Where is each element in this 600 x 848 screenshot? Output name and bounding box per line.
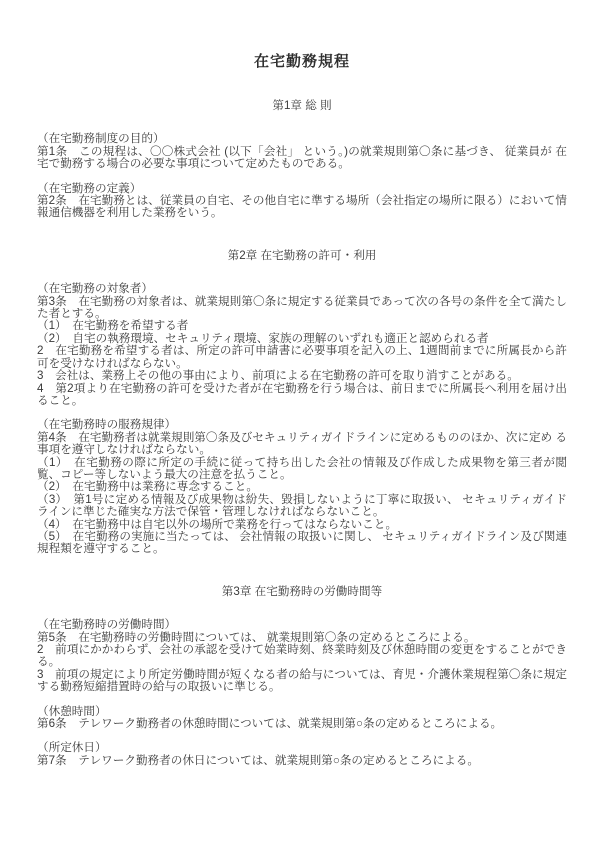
article-1-caption: （在宅勤務制度の目的）: [37, 133, 567, 145]
article-3-caption: （在宅勤務の対象者）: [37, 283, 567, 295]
article-4-text: 第4条 在宅勤務者は就業規則第〇条及びセキュリティガイドラインに定めるもののほか…: [37, 432, 567, 457]
article-2-block: （在宅勤務の定義） 第2条 在宅勤務とは、従業員の自宅、その他自宅に準する場所（…: [37, 183, 567, 220]
document-page: 在宅勤務規程 第1章 総 則 （在宅勤務制度の目的） 第1条 この規程は、〇〇株…: [0, 0, 600, 848]
chapter-2: 第2章 在宅勤務の許可・利用 （在宅勤務の対象者） 第3条 在宅勤務の対象者は、…: [37, 250, 567, 556]
article-3-item-1: （1） 在宅勤務を希望する者: [37, 320, 567, 332]
article-6-block: （休憩時間） 第6条 テレワーク勤務者の休憩時間については、就業規則第○条の定め…: [37, 706, 567, 731]
article-4-item-1: （1） 在宅勤務の際に所定の手続に従って持ち出した会社の情報及び作成した成果物を…: [37, 457, 567, 482]
article-7-block: （所定休日） 第7条 テレワーク勤務者の休日については、就業規則第○条の定めると…: [37, 742, 567, 767]
chapter-1-heading: 第1章 総 則: [37, 100, 567, 112]
article-3-para-3: 3 会社は、業務上その他の事由により、前項による在宅勤務の許可を取り消すことがあ…: [37, 370, 567, 382]
article-3-para-4: 4 第2項より在宅勤務の許可を受けた者が在宅勤務を行う場合は、前日までに所属長へ…: [37, 383, 567, 408]
article-4-caption: （在宅勤務時の服務規律）: [37, 419, 567, 431]
chapter-1: 第1章 総 則 （在宅勤務制度の目的） 第1条 この規程は、〇〇株式会社 (以下…: [37, 100, 567, 220]
article-4-item-3: （3） 第1号に定める情報及び成果物は紛失、毀損しないように丁寧に取扱い、 セキ…: [37, 494, 567, 519]
chapter-3-heading: 第3章 在宅勤務時の労働時間等: [37, 586, 567, 598]
article-1-block: （在宅勤務制度の目的） 第1条 この規程は、〇〇株式会社 (以下「会社」 という…: [37, 133, 567, 170]
article-4-item-5: （5） 在宅勤務の実施に当たっては、 会社情報の取扱いに関し、 セキュリティガイ…: [37, 531, 567, 556]
chapter-2-heading: 第2章 在宅勤務の許可・利用: [37, 250, 567, 262]
article-5-caption: （在宅勤務時の労働時間）: [37, 619, 567, 631]
article-5-para-3: 3 前項の規定により所定労働時間が短くなる者の給与については、育児・介護休業規程…: [37, 669, 567, 694]
article-4-block: （在宅勤務時の服務規律） 第4条 在宅勤務者は就業規則第〇条及びセキュリティガイ…: [37, 419, 567, 555]
article-6-text: 第6条 テレワーク勤務者の休憩時間については、就業規則第○条の定めるところによる…: [37, 718, 567, 730]
article-5-para-2: 2 前項にかかわらず、会社の承認を受けて始業時刻、終業時刻及び休憩時間の変更をす…: [37, 644, 567, 669]
article-3-para-2: 2 在宅勤務を希望する者は、所定の許可申請書に必要事項を記入の上、1週間前までに…: [37, 345, 567, 370]
article-4-item-2: （2） 在宅勤務中は業務に専念すること。: [37, 481, 567, 493]
article-1-text: 第1条 この規程は、〇〇株式会社 (以下「会社」 という。)の就業規則第〇条に基…: [37, 146, 567, 171]
article-7-text: 第7条 テレワーク勤務者の休日については、就業規則第○条の定めるところによる。: [37, 755, 567, 767]
article-3-block: （在宅勤務の対象者） 第3条 在宅勤務の対象者は、就業規則第〇条に規定する従業員…: [37, 283, 567, 407]
article-5-block: （在宅勤務時の労働時間） 第5条 在宅勤務時の労働時間については、 就業規則第〇…: [37, 619, 567, 693]
article-3-text: 第3条 在宅勤務の対象者は、就業規則第〇条に規定する従業員であって次の各号の条件…: [37, 296, 567, 321]
article-2-text: 第2条 在宅勤務とは、従業員の自宅、その他自宅に準する場所（会社指定の場所に限る…: [37, 195, 567, 220]
document-title: 在宅勤務規程: [37, 53, 567, 70]
article-7-caption: （所定休日）: [37, 742, 567, 754]
chapter-3: 第3章 在宅勤務時の労働時間等 （在宅勤務時の労働時間） 第5条 在宅勤務時の労…: [37, 586, 567, 767]
